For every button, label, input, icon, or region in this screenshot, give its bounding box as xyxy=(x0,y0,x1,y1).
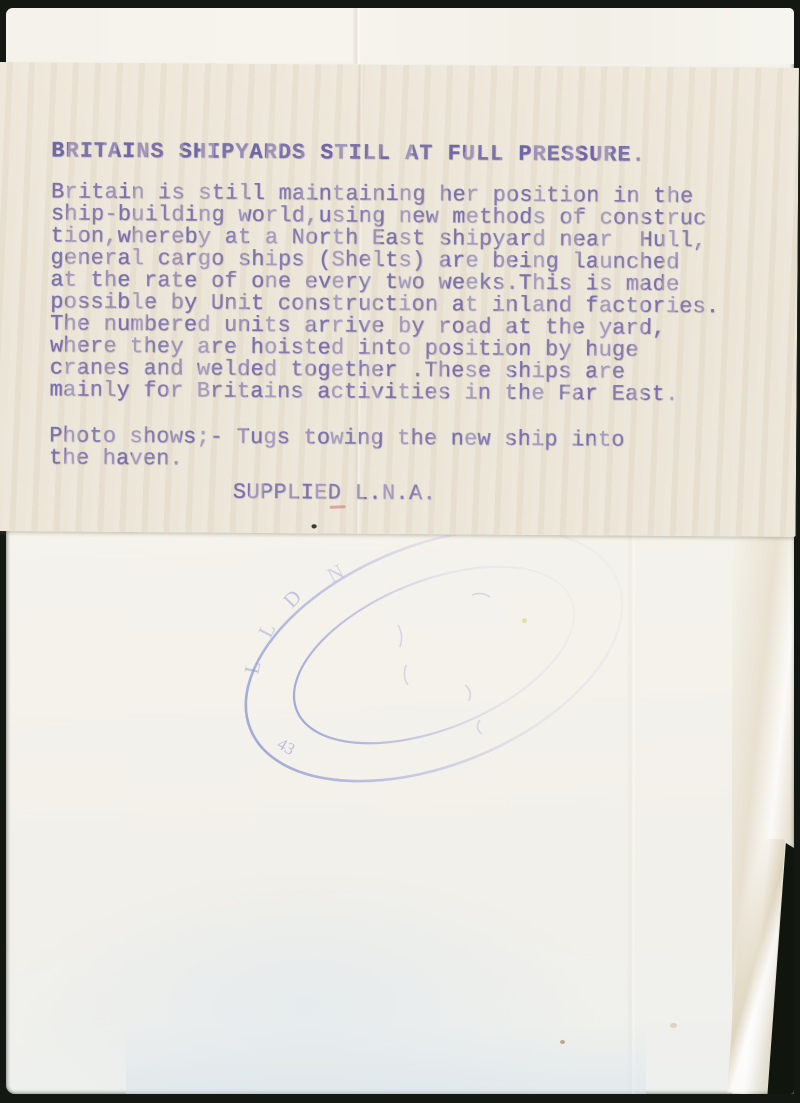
stamp-letter: L xyxy=(253,619,280,642)
stamp-letter: L xyxy=(239,659,265,677)
caption-headline: BRITAINS SHIPYARDS STILL AT FULL PRESSUR… xyxy=(51,140,646,166)
paper-sheen xyxy=(126,1024,646,1094)
red-ink-mark xyxy=(330,505,346,509)
caption-body-line: mainly for Britains activities in the Fa… xyxy=(50,379,679,406)
stamp-number: 43 xyxy=(274,734,298,759)
photo-shows-line: the haven. xyxy=(49,447,183,470)
agency-stamp: L L D N 43 xyxy=(210,535,670,795)
caption-slip: V.12864. L.N. 13586.F. BRITAINS SHIPYARD… xyxy=(0,62,799,537)
ink-speck xyxy=(312,524,317,528)
stamp-smudges xyxy=(398,593,490,734)
paper-crease xyxy=(352,8,361,64)
paper-stain xyxy=(670,1023,677,1028)
supplier-credit: SUPPLIED L.N.A. xyxy=(233,482,436,505)
stamp-rim-letters: L L D N 43 xyxy=(239,559,347,759)
scanned-photo-back: L L D N 43 V.12864. L.N. 13586.F. BRITAI… xyxy=(0,0,800,1103)
photo-paper: L L D N 43 V.12864. L.N. 13586.F. BRITAI… xyxy=(6,8,794,1094)
photo-paper-top-edge xyxy=(6,8,794,64)
stamp-oval-rings xyxy=(210,535,659,795)
paper-stain xyxy=(560,1040,565,1044)
stamp-letter: N xyxy=(323,559,348,587)
